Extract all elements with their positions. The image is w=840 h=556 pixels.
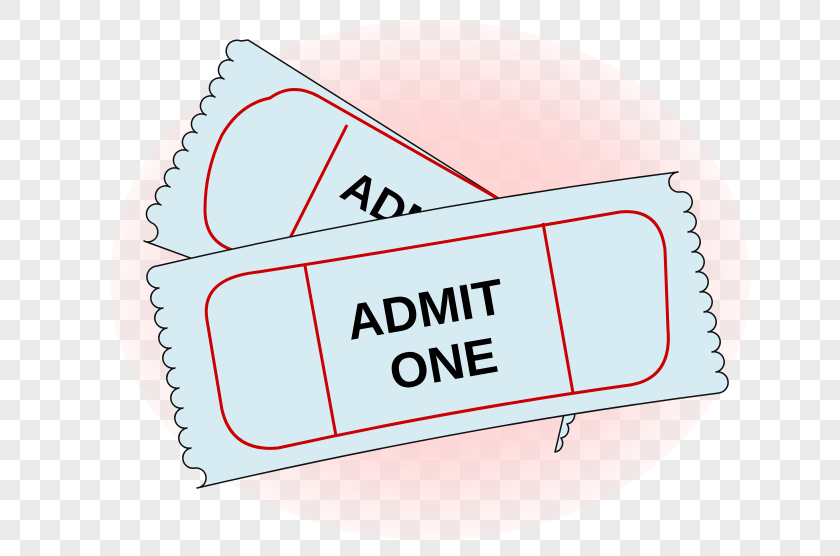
tickets-artwork: ADMIT ONE ADMIT ONE <box>0 0 840 556</box>
admit-one-tickets-illustration: ADMIT ONE ADMIT ONE <box>0 0 840 556</box>
